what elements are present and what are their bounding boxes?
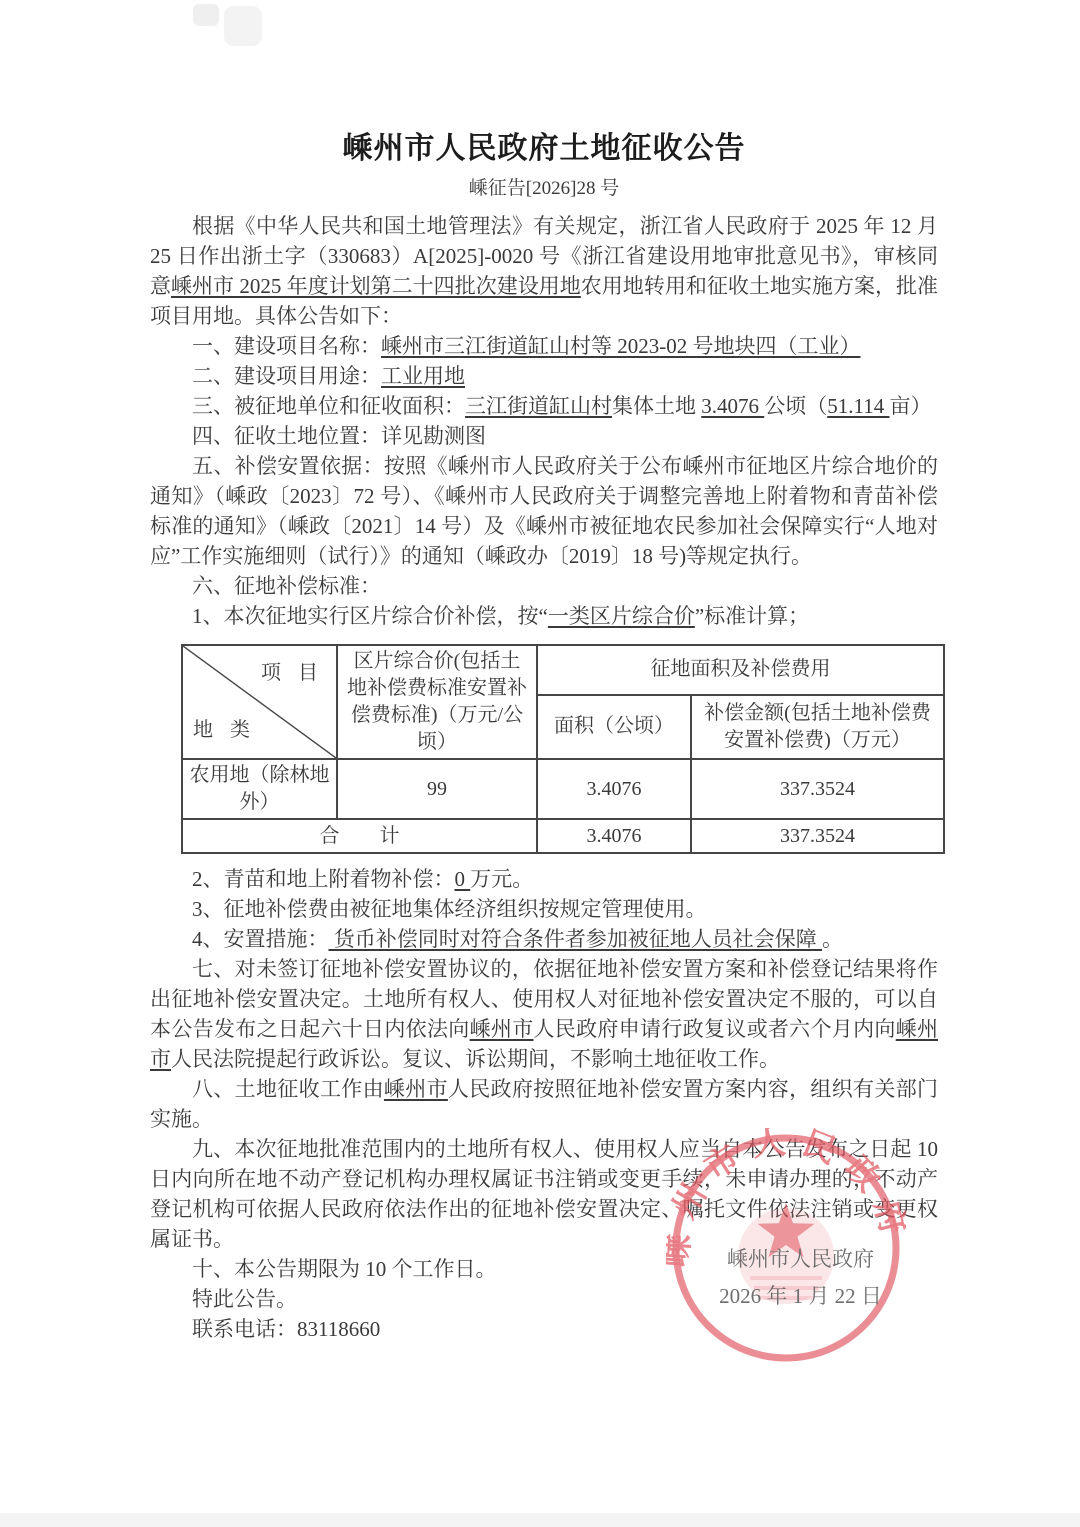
item-1-label: 一、建设项目名称：: [192, 334, 381, 358]
item-compensation-standard: 六、征地补偿标准：: [150, 571, 938, 601]
village-name-value: 三江街道缸山村: [465, 394, 612, 418]
header-area: 面积（公顷）: [537, 695, 691, 759]
intro-paragraph: 根据《中华人民共和国土地管理法》有关规定，浙江省人民政府于 2025 年 12 …: [150, 211, 938, 331]
header-compensation-amount: 补偿金额(包括土地补偿费安置补偿费)（万元）: [691, 695, 944, 759]
compensation-table: 项 目 地 类 区片综合价(包括土地补偿费标准安置补偿费标准)（万元/公顷） 征…: [181, 644, 945, 854]
item-compensation-basis: 五、补偿安置依据：按照《嵊州市人民政府关于公布嵊州市征地区片综合地价的通知》（嵊…: [150, 451, 938, 571]
signature-block: 嵊州市人民政府 2026 年 1 月 22 日: [688, 1241, 913, 1315]
section-eight: 八、土地征收工作由嵊州市人民政府按照征地补偿安置方案内容，组织有关部门实施。: [150, 1074, 938, 1134]
area-hectares-value: 3.4076: [701, 394, 764, 418]
city-name-underlined: 嵊州市: [384, 1077, 448, 1101]
cell-total-amount: 337.3524: [691, 819, 944, 853]
table-corner-cell: 项 目 地 类: [182, 645, 337, 759]
cell-area: 3.4076: [537, 759, 691, 819]
subitem-resettlement-measures: 4、安置措施： 货币补偿同时对符合条件者参加被征地人员社会保障 。: [150, 924, 938, 954]
document-title: 嵊州市人民政府土地征收公告: [150, 130, 938, 168]
project-use-value: 工业用地: [381, 364, 465, 388]
item-land-unit-area: 三、被征地单位和征收面积：三江街道缸山村集体土地 3.4076 公顷（51.11…: [150, 391, 938, 421]
section-seven: 七、对未签订征地补偿安置协议的，依据征地补偿安置方案和补偿登记结果将作出征地补偿…: [150, 954, 938, 1074]
subitem-seedling-compensation: 2、青苗和地上附着物补偿：0 万元。: [150, 864, 938, 894]
corner-label-project: 项 目: [261, 660, 324, 687]
table-row: 农用地（除林地外） 99 3.4076 337.3524: [182, 759, 944, 819]
scan-smudge: [224, 6, 262, 46]
price-class-value: 一类区片综合价: [548, 604, 695, 628]
subitem-price-basis: 1、本次征地实行区片综合价补偿，按“一类区片综合价”标准计算；: [150, 601, 938, 631]
cell-total-area: 3.4076: [537, 819, 691, 853]
item-2-label: 二、建设项目用途：: [192, 364, 381, 388]
document-page: 嵊州市人民政府土地征收公告 嵊征告[2026]28 号 根据《中华人民共和国土地…: [0, 0, 1080, 1527]
city-name-underlined: 嵊州市: [470, 1017, 534, 1041]
resettlement-measure-value: 货币补偿同时对符合条件者参加被征地人员社会保障: [329, 927, 823, 951]
seedling-amount-value: 0: [455, 867, 471, 891]
section-nine: 九、本次征地批准范围内的土地所有权人、使用权人应当自本公告发布之日起 10 日内…: [150, 1134, 938, 1254]
corner-label-landtype: 地 类: [193, 717, 256, 744]
cell-price: 99: [337, 759, 537, 819]
document-content: 嵊州市人民政府土地征收公告 嵊征告[2026]28 号 根据《中华人民共和国土地…: [150, 130, 938, 1344]
issuer-name: 嵊州市人民政府: [688, 1241, 913, 1278]
item-land-location: 四、征收土地位置：详见勘测图: [150, 421, 938, 451]
cell-total-label: 合 计: [182, 819, 537, 853]
item-project-use: 二、建设项目用途：工业用地: [150, 361, 938, 391]
page-bottom-shade: [0, 1513, 1080, 1527]
subitem-fee-management: 3、征地补偿费由被征地集体经济组织按规定管理使用。: [150, 894, 938, 924]
cell-land-type: 农用地（除林地外）: [182, 759, 337, 819]
scan-smudge: [193, 4, 219, 26]
document-number: 嵊征告[2026]28 号: [150, 177, 938, 201]
contact-phone: 联系电话：83118660: [150, 1314, 938, 1344]
item-project-name: 一、建设项目名称：嵊州市三江街道缸山村等 2023-02 号地块四（工业）: [150, 331, 938, 361]
batch-name-underlined: 嵊州市 2025 年度计划第二十四批次建设用地: [171, 274, 581, 298]
table-total-row: 合 计 3.4076 337.3524: [182, 819, 944, 853]
area-mu-value: 51.114: [827, 394, 889, 418]
project-name-value: 嵊州市三江街道缸山村等 2023-02 号地块四（工业）: [381, 334, 861, 358]
item-3-label: 三、被征地单位和征收面积：: [192, 394, 465, 418]
header-area-and-fees-group: 征地面积及补偿费用: [537, 645, 944, 695]
issue-date: 2026 年 1 月 22 日: [688, 1278, 913, 1315]
cell-amount: 337.3524: [691, 759, 944, 819]
header-comprehensive-price: 区片综合价(包括土地补偿费标准安置补偿费标准)（万元/公顷）: [337, 645, 537, 759]
